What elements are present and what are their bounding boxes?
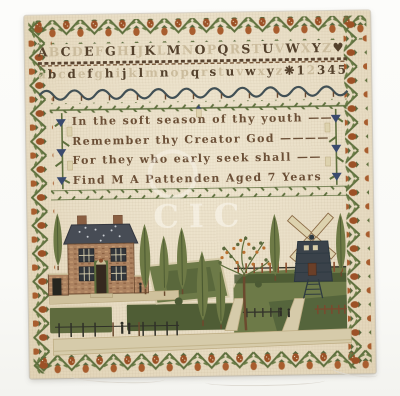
stitched-letter: f [87,67,92,82]
tree-leaves [218,236,268,264]
stitched-letter: z [275,64,282,79]
windmill-window [313,245,318,250]
stitched-letter: i [115,66,120,81]
stitched-letter: x [257,64,264,79]
stitched-letter: J [137,43,143,59]
stitched-letter: 2 [307,63,316,78]
stitched-letter: P [207,42,217,58]
stitched-letter: d [67,67,76,82]
stitched-letter: 4 [327,63,336,78]
chimney [113,215,122,224]
stitched-letter: B [49,44,60,60]
stitched-letter: j [122,66,127,81]
stitched-letter: M [167,42,181,58]
stitched-letter: ♥ [332,40,343,56]
stitched-letter: K [144,43,155,59]
windmill-door [308,263,316,275]
stitched-letter: G [105,43,116,59]
stitched-letter: H [117,43,129,59]
stitched-letter: 5 [338,63,347,78]
stitched-letter: W [285,40,299,56]
stitched-letter: 3 [317,63,326,78]
windmill-window [304,245,309,250]
verse-block: In the soft season of thy youth —— Remem… [72,108,347,190]
stitched-letter: a [38,67,46,82]
stitched-letter: L [157,43,166,59]
stitched-letter: g [94,67,103,82]
watermark-text: CIC [153,196,249,236]
garden-wall-left [48,274,68,295]
stitched-letter: t [218,65,224,80]
stitched-letter: v [236,64,243,79]
house [47,215,148,299]
loose-thread [205,376,325,387]
stitched-letter: c [58,67,66,82]
stitched-letter: k [128,66,137,81]
door-steps [91,293,113,297]
chimney [77,216,86,225]
stitched-letter: w [245,64,256,79]
stitched-letter: F [95,43,104,59]
stitched-letter: s [209,65,216,80]
house-door [94,258,109,293]
stitched-letter: h [105,66,114,81]
sampler-fabric: ABCDEFGHIJKLMNOPQRSTUVWXYZ♥ abcdefghijkl… [24,10,376,378]
stitched-letter: A [38,44,48,60]
stitched-letter: u [226,64,235,79]
stitched-letter: b [48,67,57,82]
stitched-letter: E [84,44,94,60]
stitched-letter: y [267,64,274,79]
stitched-letter: R [230,41,241,57]
stitched-letter: Q [217,42,228,58]
stitched-letter: l [139,66,144,81]
stitched-letter: o [170,65,178,80]
stitched-letter: n [160,65,169,80]
page: { "photo": { "watermark": "CIC" }, "samp… [0,0,400,396]
photo-background: ABCDEFGHIJKLMNOPQRSTUVWXYZ♥ abcdefghijkl… [0,0,400,396]
stitched-letter: Y [312,40,321,56]
stitched-letter: r [201,65,208,80]
bluebell-vine-left [55,113,73,189]
stitched-letter: V [274,41,284,57]
stitched-letter: D [72,44,83,60]
stitched-letter: C [60,44,70,60]
stitched-letter: ❋ [284,64,294,79]
stitched-letter: U [262,41,273,57]
stitched-letter: q [191,65,200,80]
stitched-letter: S [241,41,250,57]
stitched-letter: X [301,40,311,56]
stitched-letter: m [145,66,158,81]
stitched-letter: p [180,65,189,80]
stitched-letter: I [130,43,136,59]
stitched-letter: N [182,42,194,58]
stitched-letter: e [78,67,86,82]
stitched-letter: 1 [296,63,305,78]
scallop-band [39,86,347,101]
stitched-letter: T [252,41,262,57]
stitched-letter: Z [322,40,331,56]
stitched-letter: O [194,42,205,58]
